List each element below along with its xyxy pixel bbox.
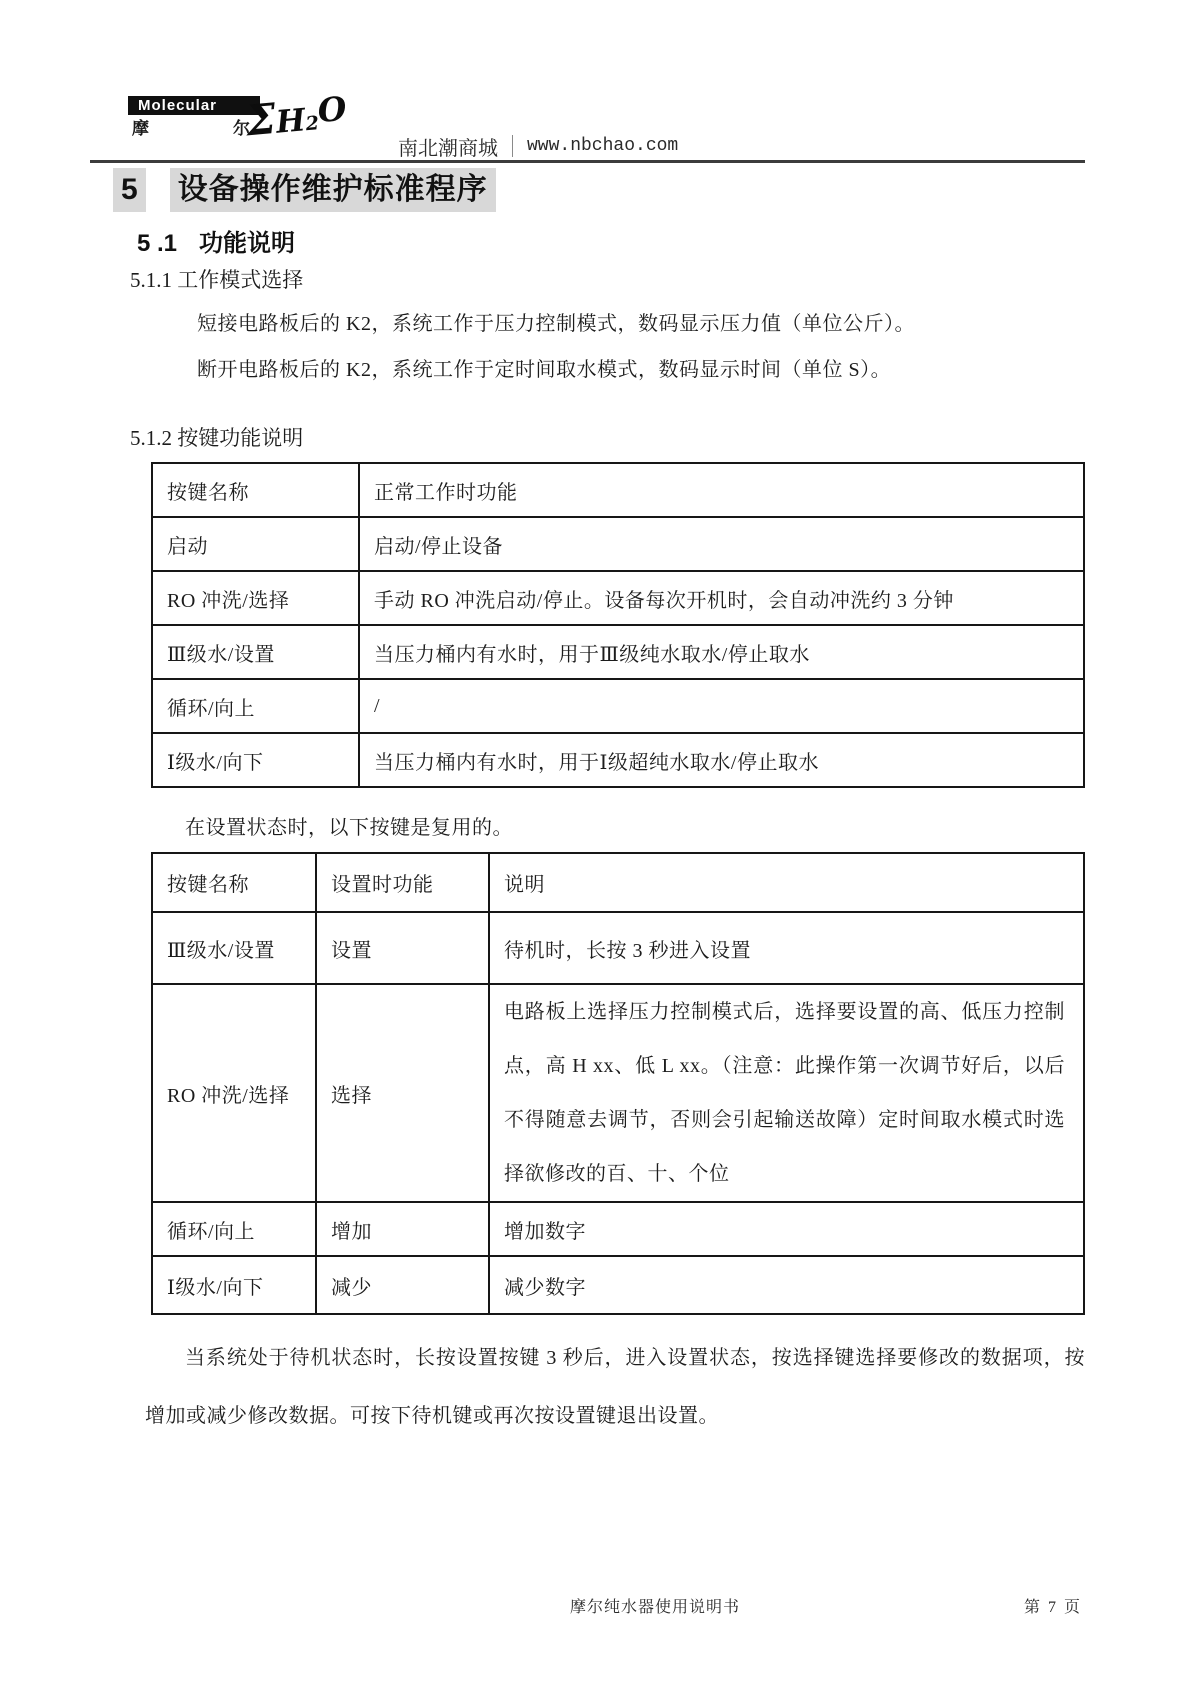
- table-cell: 选择: [316, 984, 489, 1202]
- table-row: 按键名称 设置时功能 说明: [152, 853, 1084, 912]
- chapter-title-text: 设备操作维护标准程序: [170, 168, 496, 212]
- brand-logo-bar: Molecular: [128, 96, 260, 115]
- setting-function-table: 按键名称 设置时功能 说明 Ⅲ级水/设置 设置 待机时，长按 3 秒进入设置 R…: [151, 852, 1085, 1315]
- section-heading-5-1: 5 .1功能说明: [137, 228, 1200, 260]
- table-cell: 减少数字: [489, 1256, 1084, 1314]
- section-title: 功能说明: [199, 230, 295, 257]
- table-header-cell: 正常工作时功能: [359, 463, 1084, 517]
- logo-cn-left: 摩: [132, 114, 149, 139]
- note-paragraph: 在设置状态时，以下按键是复用的。: [145, 814, 1200, 842]
- table-cell: 循环/向上: [152, 679, 359, 733]
- key-function-table: 按键名称 正常工作时功能 启动 启动/停止设备 RO 冲洗/选择 手动 RO 冲…: [151, 462, 1085, 788]
- table-row: 循环/向上 /: [152, 679, 1084, 733]
- table-cell: 循环/向上: [152, 1202, 316, 1256]
- subsection-heading-5-1-1: 5.1.1 工作模式选择: [130, 266, 1200, 294]
- table-cell: /: [359, 679, 1084, 733]
- document-page: Molecular 摩 尔 ΣH2O 南北潮商城 www.nbchao.com …: [0, 0, 1200, 1697]
- table-cell: Ⅰ级水/向下: [152, 1256, 316, 1314]
- table-row: Ⅰ级水/向下 减少 减少数字: [152, 1256, 1084, 1314]
- table-cell: 减少: [316, 1256, 489, 1314]
- table-header-cell: 按键名称: [152, 853, 316, 912]
- table-row: RO 冲洗/选择 选择 电路板上选择压力控制模式后，选择要设置的高、低压力控制点…: [152, 984, 1084, 1202]
- logo-formula: ΣH2O: [244, 88, 349, 146]
- closing-paragraph: 当系统处于待机状态时，长按设置按键 3 秒后，进入设置状态，按选择键选择要修改的…: [145, 1329, 1085, 1445]
- table-cell: 增加: [316, 1202, 489, 1256]
- site-name: 南北潮商城: [398, 132, 498, 161]
- table-cell: 增加数字: [489, 1202, 1084, 1256]
- table-row: Ⅲ级水/设置 设置 待机时，长按 3 秒进入设置: [152, 912, 1084, 984]
- table-cell: Ⅲ级水/设置: [152, 625, 359, 679]
- table-row: 循环/向上 增加 增加数字: [152, 1202, 1084, 1256]
- table-cell: 启动/停止设备: [359, 517, 1084, 571]
- table-header-cell: 按键名称: [152, 463, 359, 517]
- table-cell: 设置: [316, 912, 489, 984]
- table-cell: Ⅲ级水/设置: [152, 912, 316, 984]
- chapter-number: 5: [113, 168, 146, 212]
- table-row: Ⅲ级水/设置 当压力桶内有水时，用于Ⅲ级纯水取水/停止取水: [152, 625, 1084, 679]
- mode-paragraph-2: 断开电路板后的 K2，系统工作于定时间取水模式，数码显示时间（单位 S）。: [197, 356, 1117, 384]
- site-url: www.nbchao.com: [527, 136, 678, 156]
- table-header-cell: 设置时功能: [316, 853, 489, 912]
- table-row: 启动 启动/停止设备: [152, 517, 1084, 571]
- footer-doc-title: 摩尔纯水器使用说明书: [570, 1594, 740, 1617]
- table-row: Ⅰ级水/向下 当压力桶内有水时，用于Ⅰ级超纯水取水/停止取水: [152, 733, 1084, 787]
- table-cell: 当压力桶内有水时，用于Ⅲ级纯水取水/停止取水: [359, 625, 1084, 679]
- header-rule: [90, 160, 1085, 163]
- table-cell: 电路板上选择压力控制模式后，选择要设置的高、低压力控制点，高 H xx、低 L …: [489, 984, 1084, 1202]
- mode-paragraph-1: 短接电路板后的 K2，系统工作于压力控制模式，数码显示压力值（单位公斤）。: [197, 310, 1117, 338]
- document-body: 5 设备操作维护标准程序 5 .1功能说明 5.1.1 工作模式选择 短接电路板…: [0, 168, 1200, 1445]
- table-row: RO 冲洗/选择 手动 RO 冲洗启动/停止。设备每次开机时，会自动冲洗约 3 …: [152, 571, 1084, 625]
- table-cell: 待机时，长按 3 秒进入设置: [489, 912, 1084, 984]
- footer-page-number: 第 7 页: [1024, 1594, 1082, 1617]
- table-cell: RO 冲洗/选择: [152, 571, 359, 625]
- table-cell: RO 冲洗/选择: [152, 984, 316, 1202]
- formula-o: O: [316, 89, 348, 130]
- table-row: 按键名称 正常工作时功能: [152, 463, 1084, 517]
- formula-h: H: [275, 102, 307, 140]
- chapter-title: 5 设备操作维护标准程序: [113, 168, 1200, 212]
- table-header-cell: 说明: [489, 853, 1084, 912]
- subsection-heading-5-1-2: 5.1.2 按键功能说明: [130, 424, 1200, 452]
- vertical-divider: [512, 135, 513, 157]
- table-cell: 手动 RO 冲洗启动/停止。设备每次开机时，会自动冲洗约 3 分钟: [359, 571, 1084, 625]
- table-cell: 启动: [152, 517, 359, 571]
- sigma-glyph: Σ: [244, 94, 278, 145]
- logo-chinese-name: 摩 尔: [132, 114, 250, 139]
- site-info: 南北潮商城 www.nbchao.com: [398, 134, 678, 158]
- logo-brand-text: Molecular: [138, 97, 217, 114]
- table-cell: Ⅰ级水/向下: [152, 733, 359, 787]
- table-cell: 当压力桶内有水时，用于Ⅰ级超纯水取水/停止取水: [359, 733, 1084, 787]
- section-label: 5 .1: [137, 230, 177, 257]
